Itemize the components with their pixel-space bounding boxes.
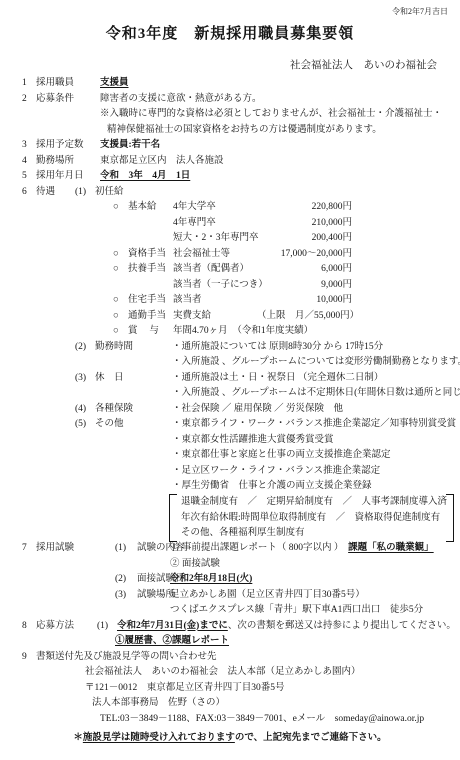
bracket-text: 退職金制度有 ／ 定期昇給制度有 ／ 人事考課制度導入済 <box>181 495 447 511</box>
allowance-note: （上限 月／55,000円） <box>257 309 359 325</box>
note-rest: ので、上記宛先までご連絡下さい。 <box>235 733 387 743</box>
allowance-amount: 220,800円 <box>180 200 352 216</box>
allowance-name: 基本給 <box>128 200 157 216</box>
note-mark: ＊ <box>73 733 83 743</box>
item-requirements-note: 精神保健福祉士の国家資格をお持ちの方は優遇制度があります。 <box>0 123 460 139</box>
allowance-desc: 年間4.70ヶ月 （令和1年度実績） <box>173 324 313 340</box>
sub-no: (2) <box>75 340 86 356</box>
item-no: 3 <box>22 138 27 154</box>
apply-rest: 、次の書類を郵送又は持参により提出してください。 <box>228 621 456 631</box>
apply-documents: ①履歴書、②課題レポート <box>115 634 229 650</box>
allowance-amount: 200,400円 <box>180 231 352 247</box>
item-value: 支援員 <box>100 76 129 92</box>
item-value: 支援員:若干名 <box>100 138 160 154</box>
item-no: 6 <box>22 185 27 201</box>
exam-report-title: 課題「私の職業観」 <box>348 543 434 553</box>
benefits-sub-other: ・東京都女性活躍推進大賞優秀賞受賞 <box>0 433 460 449</box>
sub-text: ・東京都ライフ・ワーク・バランス推進企業認定／知事特別賞受賞 <box>172 417 456 433</box>
page-title: 令和3年度 新規採用職員募集要領 <box>0 22 460 43</box>
item-label: 勤務場所 <box>36 154 74 170</box>
benefits-sub-holidays: (3) 休 日 ・通所施設は土・日・祝祭日 （完全週休二日制） <box>0 371 460 387</box>
sub-label: 各種保険 <box>95 402 133 418</box>
item-label: 採用職員 <box>36 76 74 92</box>
note-underlined: 施設見学は随時受け入れております <box>83 733 235 743</box>
contact-tel-fax-email-text: TEL:03－3849－1188、FAX:03－3849－7001、eメール s… <box>100 712 424 728</box>
apply-deadline: 令和2年7月31日(金)までに <box>117 621 228 631</box>
item-no: 9 <box>22 650 27 666</box>
item-exam-date: (2) 面接試験日 令和2年8月18日(火) <box>0 572 460 588</box>
salary-row: ○ 扶養手当 該当者（配偶者） 6,000円 <box>0 262 460 278</box>
apply-sentence: 令和2年7月31日(金)までに、次の書類を郵送又は持参により提出してください。 <box>117 619 456 635</box>
sub-label: 勤務時間 <box>95 340 133 356</box>
allowance-amount: 9,000円 <box>180 278 352 294</box>
bracket-text: 年次有給休暇:時間単位取得制度有 ／ 資格取得促進制度有 <box>181 511 440 527</box>
note-text: ※入職時に専門的な資格は必須としておりませんが、社会福祉士・介護福祉士・ <box>100 107 442 123</box>
salary-row: ○ 通勤手当 実費支給 （上限 月／55,000円） <box>0 309 460 325</box>
salary-row: 該当者（一子につき） 9,000円 <box>0 278 460 294</box>
benefits-sub-other: (5) その他 ・東京都ライフ・ワーク・バランス推進企業認定／知事特別賞受賞 <box>0 417 460 433</box>
salary-row: ○ 資格手当 社会福祉士等 17,000～20,000円 <box>0 247 460 263</box>
welfare-bracket-block: 退職金制度有 ／ 定期昇給制度有 ／ 人事考課制度導入済 年次有給休暇:時間単位… <box>0 495 460 542</box>
sub-no: (1) <box>75 185 86 201</box>
contact-person-name: 法人本部事務局 佐野（さの） <box>92 696 225 712</box>
note-text: 精神保健福祉士の国家資格をお持ちの方は優遇制度があります。 <box>107 123 382 139</box>
allowance-name: 住宅手当 <box>128 293 166 309</box>
item-apply-method: 8 応募方法 (1) 令和2年7月31日(金)までに、次の書類を郵送又は持参によ… <box>0 619 460 635</box>
sub-text: ・通所施設は土・日・祝祭日 （完全週休二日制） <box>172 371 383 387</box>
item-label: 待遇 <box>36 185 55 201</box>
allowance-amount: 17,000～20,000円 <box>180 247 352 263</box>
sub-label: 初任給 <box>95 185 124 201</box>
organization-name: 社会福祉法人 あいのわ福祉会 <box>290 57 437 72</box>
circle-mark: ○ <box>113 324 119 340</box>
allowance-desc: 実費支給 <box>173 309 211 325</box>
item-exam: 7 採用試験 (1) 試験の内容 ① 事前提出課題レポート（ 800字以内 ） … <box>0 541 460 557</box>
contact-tel-fax-email: TEL:03－3849－1188、FAX:03－3849－7001、eメール s… <box>0 712 460 728</box>
sub-no: (1) <box>115 541 126 557</box>
circle-mark: ○ <box>113 309 119 325</box>
exam-place-value: 足立あかしあ園（足立区青井四丁目30番5号） <box>170 588 365 604</box>
sub-text: ・入所施設 、グループホームについては変形労働制勤務となります。 <box>172 355 460 371</box>
item-work-location: 4 勤務場所 東京都足立区内 法人各施設 <box>0 154 460 170</box>
item-label: 応募方法 <box>36 619 74 635</box>
item-label: 採用試験 <box>36 541 74 557</box>
allowance-amount: 210,000円 <box>180 216 352 232</box>
item-value: 東京都足立区内 法人各施設 <box>100 154 224 170</box>
item-no: 5 <box>22 169 27 185</box>
item-contact: 9 書類送付先及び施設見学等の問い合わせ先 <box>0 650 460 666</box>
sub-text: ・社会保険 ／ 雇用保険 ／ 労災保険 他 <box>172 402 343 418</box>
item-no: 7 <box>22 541 27 557</box>
item-no: 2 <box>22 92 27 108</box>
allowance-name: 扶養手当 <box>128 262 166 278</box>
allowance-name: 資格手当 <box>128 247 166 263</box>
allowance-name: 通勤手当 <box>128 309 166 325</box>
sub-text: ・東京都仕事と家庭と仕事の両立支援推進企業認定 <box>172 448 391 464</box>
facility-visit-note: ＊施設見学は随時受け入れておりますので、上記宛先までご連絡下さい。 <box>0 729 460 743</box>
salary-row: ○ 基本給 4年大学卒 220,800円 <box>0 200 460 216</box>
sub-text: ・入所施設 、グループホームは不定期休日(年間休日数は通所と同じ) <box>172 386 460 402</box>
issue-date-text: 令和2年7月吉日 <box>392 7 448 16</box>
item-exam-place: (3) 試験場所 足立あかしあ園（足立区青井四丁目30番5号） <box>0 588 460 604</box>
allowance-amount: 6,000円 <box>180 262 352 278</box>
sub-label: 休 日 <box>95 371 124 387</box>
exam-date-value: 令和2年8月18日(火) <box>170 572 252 588</box>
sub-label: その他 <box>95 417 124 433</box>
item-recruit-position: 1 採用職員 支援員 <box>0 76 460 92</box>
item-requirements: 2 応募条件 障害者の支援に意欲・熱意がある方。 <box>0 92 460 108</box>
exam-place-access: つくばエクスプレス線「青井」駅下車A1西口出口 徒歩5分 <box>170 603 423 619</box>
bracket-text: その他、各種福利厚生制度有 <box>181 526 305 542</box>
item-no: 8 <box>22 619 27 635</box>
item-hire-date: 5 採用年月日 令和 3年 4月 1日 <box>0 169 460 185</box>
item-label: 採用年月日 <box>36 169 84 185</box>
allowance-amount: 10,000円 <box>180 293 352 309</box>
item-label: 応募条件 <box>36 92 74 108</box>
benefits-sub-hours: ・入所施設 、グループホームについては変形労働制勤務となります。 <box>0 355 460 371</box>
exam-report-prefix: ① 事前提出課題レポート（ 800字以内 ） <box>170 543 348 553</box>
benefits-sub-insurance: (4) 各種保険 ・社会保険 ／ 雇用保険 ／ 労災保険 他 <box>0 402 460 418</box>
sub-text: ・東京都女性活躍推進大賞優秀賞受賞 <box>172 433 334 449</box>
contact-address: 〒121－0012 東京都足立区青井四丁目30番5号 <box>0 681 460 697</box>
item-apply-documents: ①履歴書、②課題レポート <box>0 634 460 650</box>
salary-row: 短大・2・3年専門卒 200,400円 <box>0 231 460 247</box>
benefits-sub-other: ・東京都仕事と家庭と仕事の両立支援推進企業認定 <box>0 448 460 464</box>
allowance-name: 賞 与 <box>128 324 159 340</box>
item-benefits: 6 待遇 (1) 初任給 <box>0 185 460 201</box>
item-value: 障害者の支援に意欲・熱意がある方。 <box>100 92 262 108</box>
sub-no: (4) <box>75 402 86 418</box>
document-page: 令和2年7月吉日 令和3年度 新規採用職員募集要領 社会福祉法人 あいのわ福祉会… <box>0 0 460 760</box>
sub-no: (3) <box>115 588 126 604</box>
salary-row: ○ 賞 与 年間4.70ヶ月 （令和1年度実績） <box>0 324 460 340</box>
salary-row: 4年専門卒 210,000円 <box>0 216 460 232</box>
contact-address-text: 〒121－0012 東京都足立区青井四丁目30番5号 <box>85 681 285 697</box>
item-exam-interview: ② 面接試験 <box>0 557 460 573</box>
exam-content-1: ① 事前提出課題レポート（ 800字以内 ） 課題「私の職業観」 <box>170 541 434 557</box>
item-label: 採用予定数 <box>36 138 84 154</box>
item-exam-place-access: つくばエクスプレス線「青井」駅下車A1西口出口 徒歩5分 <box>0 603 460 619</box>
sub-no: (1) <box>97 619 108 635</box>
item-no: 1 <box>22 76 27 92</box>
benefits-sub-other: ・厚生労働省 仕事と介護の両立支援企業登録 <box>0 479 460 495</box>
benefits-sub-holidays: ・入所施設 、グループホームは不定期休日(年間休日数は通所と同じ) <box>0 386 460 402</box>
sub-no: (3) <box>75 371 86 387</box>
contact-org-name: 社会福祉法人 あいのわ福祉会 法人本部（足立あかしあ園内） <box>85 665 361 681</box>
circle-mark: ○ <box>113 200 119 216</box>
left-bracket <box>169 494 177 542</box>
item-planned-hires: 3 採用予定数 支援員:若干名 <box>0 138 460 154</box>
item-label: 書類送付先及び施設見学等の問い合わせ先 <box>36 650 217 666</box>
contact-person: 法人本部事務局 佐野（さの） <box>0 696 460 712</box>
sub-text: ・足立区ワーク・ライフ・バランス推進企業認定 <box>172 464 380 480</box>
item-requirements-note: ※入職時に専門的な資格は必須としておりませんが、社会福祉士・介護福祉士・ <box>0 107 460 123</box>
circle-mark: ○ <box>113 293 119 309</box>
right-bracket <box>446 494 454 542</box>
document-body: 1 採用職員 支援員 2 応募条件 障害者の支援に意欲・熱意がある方。 ※入職時… <box>0 76 460 727</box>
exam-content-2: ② 面接試験 <box>170 557 220 573</box>
salary-row: ○ 住宅手当 該当者 10,000円 <box>0 293 460 309</box>
sub-no: (2) <box>115 572 126 588</box>
sub-text: ・通所施設については 原則8時30分 から 17時15分 <box>172 340 383 356</box>
circle-mark: ○ <box>113 262 119 278</box>
sub-text: ・厚生労働省 仕事と介護の両立支援企業登録 <box>172 479 372 495</box>
item-value: 令和 3年 4月 1日 <box>100 169 190 185</box>
benefits-sub-hours: (2) 勤務時間 ・通所施設については 原則8時30分 から 17時15分 <box>0 340 460 356</box>
benefits-sub-other: ・足立区ワーク・ライフ・バランス推進企業認定 <box>0 464 460 480</box>
contact-org: 社会福祉法人 あいのわ福祉会 法人本部（足立あかしあ園内） <box>0 665 460 681</box>
sub-no: (5) <box>75 417 86 433</box>
item-no: 4 <box>22 154 27 170</box>
issue-date: 令和2年7月吉日 <box>392 6 448 17</box>
circle-mark: ○ <box>113 247 119 263</box>
